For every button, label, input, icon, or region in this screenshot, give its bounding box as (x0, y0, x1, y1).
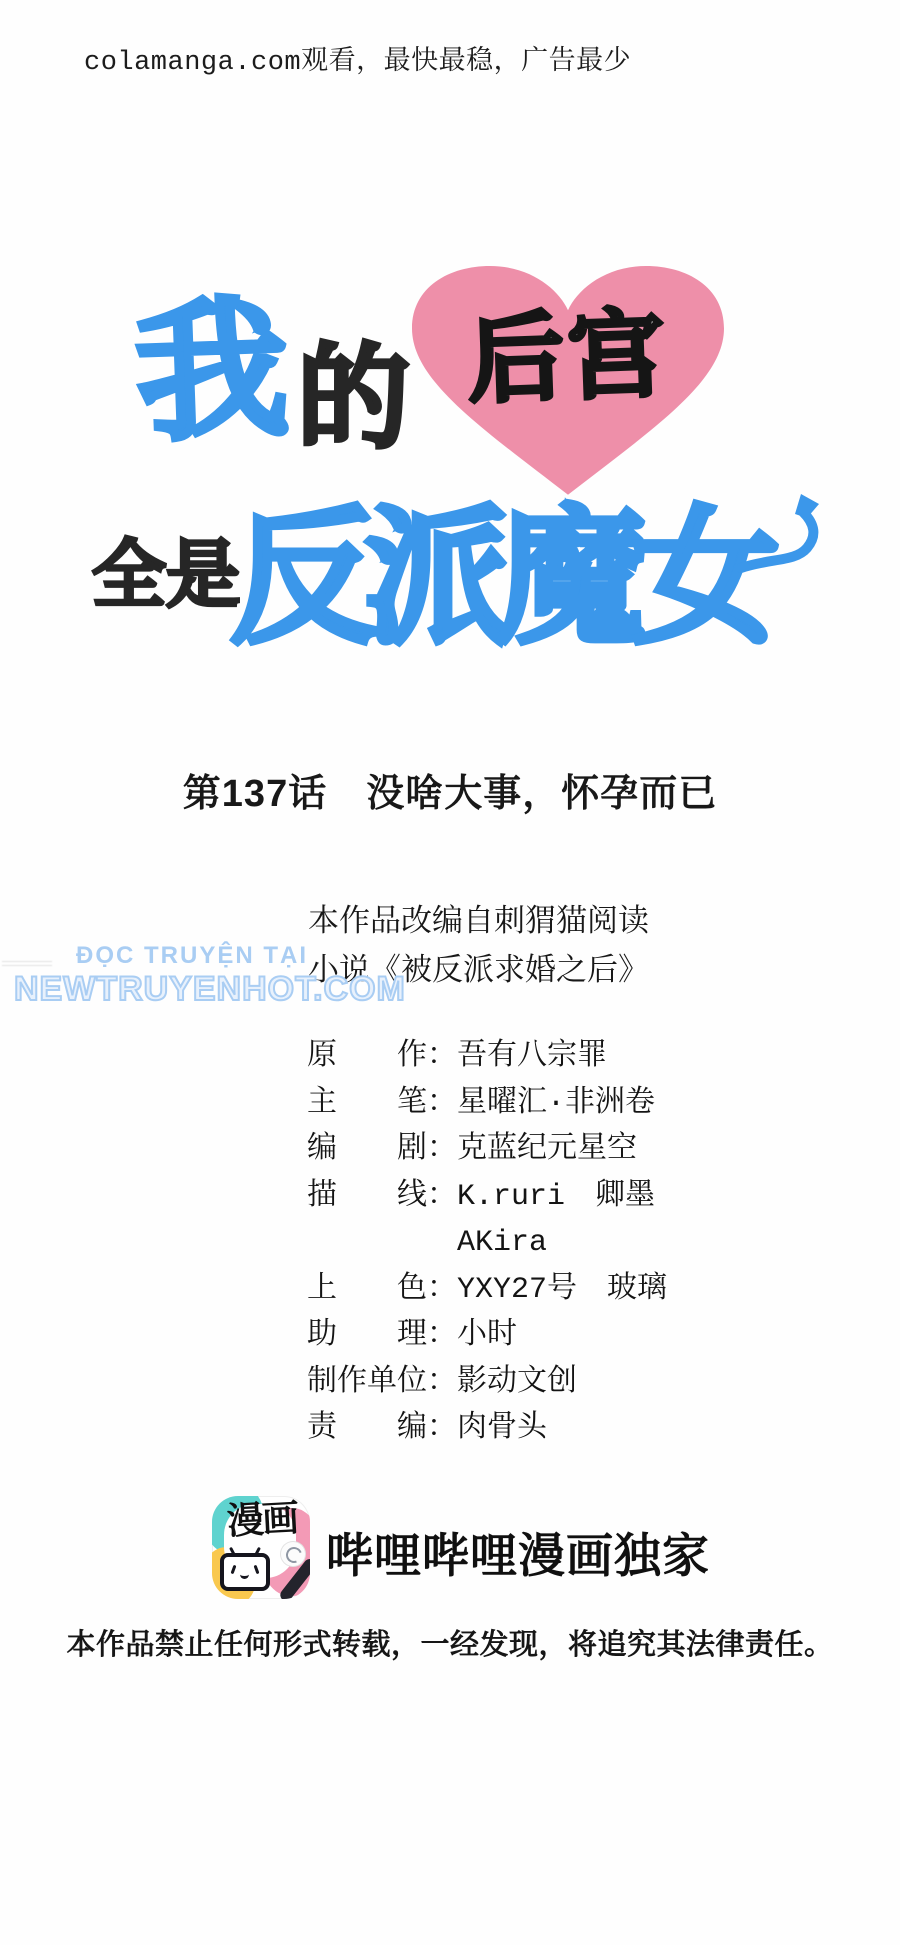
credit-row: 助 理：小时 (307, 1313, 667, 1360)
chapter-title: 第137话 没啥大事，怀孕而已 (0, 762, 900, 817)
logo-heart-word: 后宫 (410, 305, 725, 412)
credit-label: 上 色： (307, 1273, 457, 1307)
credit-label: 责 编： (307, 1412, 457, 1446)
credit-row: 上 色：YXY27号 玻璃 (307, 1267, 667, 1314)
credit-row: 责 编：肉骨头 (307, 1406, 667, 1453)
manga-icon-label: 漫画 (226, 1498, 298, 1542)
credit-label: 助 理： (307, 1319, 457, 1353)
credit-value: AKira (457, 1226, 547, 1260)
credit-value: 克蓝纪元星空 (457, 1133, 637, 1167)
devil-tail-icon (737, 488, 837, 580)
credit-value: 影动文创 (457, 1366, 577, 1400)
credit-row: 制作单位：影动文创 (307, 1360, 667, 1407)
credit-value: 星曜汇·非洲卷 (457, 1087, 655, 1121)
watermark-line-2: NEWTRUYENHOT.COM (14, 970, 406, 1009)
credits-list: 原 作：吾有八宗罪 主 笔：星曜汇·非洲卷 编 剧：克蓝纪元星空 描 线：K.r… (307, 1034, 667, 1453)
credit-value: 肉骨头 (457, 1412, 547, 1446)
faint-watermark-smudge (2, 958, 52, 970)
credit-label: 主 笔： (307, 1087, 457, 1121)
credit-value: 小时 (457, 1319, 517, 1353)
copyright-disclaimer: 本作品禁止任何形式转载，一经发现，将追究其法律责任。 (0, 1622, 900, 1663)
credit-label: 制作单位： (307, 1366, 457, 1400)
credit-row: 描 线：K.ruri 卿墨 (307, 1174, 667, 1221)
source-site-notice: colamanga.com观看，最快最稳，广告最少 (84, 38, 631, 78)
publisher-exclusive-label: 哔哩哔哩漫画独家 (326, 1519, 710, 1586)
credit-label: 原 作： (307, 1040, 457, 1074)
logo-main-word: 反派魔女 (230, 494, 766, 664)
credit-value: K.ruri 卿墨 (457, 1180, 655, 1214)
scribble-dot-icon (281, 1542, 305, 1566)
credit-row-continuation: AKira (307, 1220, 667, 1267)
credit-value: 吾有八宗罪 (457, 1040, 607, 1074)
bilibili-manga-app-icon: 漫画 (212, 1496, 310, 1599)
watermark-line-1: ĐỌC TRUYỆN TẠI (76, 942, 308, 970)
logo-char-wo: 我 (133, 293, 290, 450)
tv-face-icon (220, 1553, 270, 1591)
credit-value: YXY27号 玻璃 (457, 1273, 667, 1307)
credit-row: 编 剧：克蓝纪元星空 (307, 1127, 667, 1174)
logo-char-de: 的 (297, 342, 410, 455)
credit-row: 原 作：吾有八宗罪 (307, 1034, 667, 1081)
credit-row: 主 笔：星曜汇·非洲卷 (307, 1081, 667, 1128)
credit-label: 编 剧： (307, 1133, 457, 1167)
adaptation-line-1: 本作品改编自刺猬猫阅读 (308, 896, 649, 945)
manga-title-page: colamanga.com观看，最快最稳，广告最少 我 的 后宫 全是 反派魔女… (0, 0, 900, 1945)
heart-icon: 后宫 (412, 266, 724, 500)
logo-prefix: 全是 (92, 538, 240, 612)
credit-label: 描 线： (307, 1180, 457, 1214)
